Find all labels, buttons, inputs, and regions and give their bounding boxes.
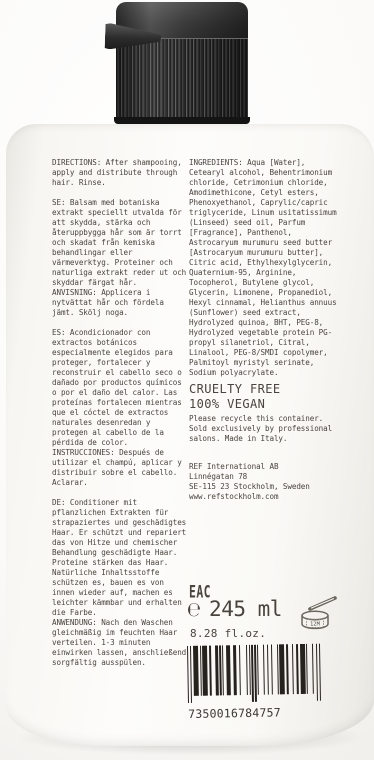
spanish-directions: INSTRUCCIONES: Después de utilizar el ch… — [52, 448, 188, 488]
product-photo: DIRECTIONS: After shampooing, apply and … — [0, 0, 374, 760]
pump-cap-base — [114, 117, 250, 124]
barcode: 7350016784757 — [187, 644, 322, 721]
address-line-1: Linnégatan 78 — [189, 472, 349, 482]
company-block: REF International AB Linnégatan 78 SE-11… — [189, 462, 349, 502]
barcode-bars — [187, 644, 322, 703]
barcode-number: 7350016784757 — [188, 705, 322, 721]
estimated-sign-icon: ℮ — [188, 597, 200, 621]
spanish-text: ES: Acondicionador con extractos botánic… — [52, 328, 188, 448]
company-name: REF International AB — [189, 462, 349, 472]
volume-row: ℮ 245 ml — [188, 597, 282, 621]
pump-cap-ribs — [116, 38, 248, 117]
claims-block: CRUELTY FREE 100% VEGAN — [189, 382, 281, 412]
pump-cap-icon — [116, 2, 248, 124]
german-text: DE: Conditioner mit pflanzlichen Extrakt… — [52, 498, 188, 618]
website: www.refstockholm.com — [189, 492, 349, 502]
claim-cruelty-free: CRUELTY FREE — [189, 382, 281, 397]
pao-icon: 12M — [293, 595, 339, 635]
ingredients-list: INGREDIENTS: Aqua [Water], Cetearyl alco… — [189, 158, 337, 378]
swedish-directions: ANVISNING: Applicera i nytvättat hår och… — [52, 288, 188, 318]
label-right-column: INGREDIENTS: Aqua [Water], Cetearyl alco… — [189, 158, 337, 378]
address-line-2: SE-115 23 Stockholm, Sweden — [189, 482, 349, 492]
label-left-column: DIRECTIONS: After shampooing, apply and … — [52, 158, 188, 668]
volume-floz: 8.28 fl.oz. — [190, 627, 266, 640]
recycle-note: Please recycle this container. Sold excl… — [189, 414, 337, 444]
swedish-text: SE: Balsam med botaniska extrakt speciel… — [52, 198, 188, 288]
directions-en: DIRECTIONS: After shampooing, apply and … — [52, 158, 188, 188]
claim-vegan: 100% VEGAN — [189, 397, 281, 412]
volume-ml: 245 ml — [209, 597, 282, 621]
german-directions: ANWENDUNG: Nach den Waschen gleichmäßig … — [52, 618, 188, 668]
pao-label: 12M — [310, 622, 321, 628]
